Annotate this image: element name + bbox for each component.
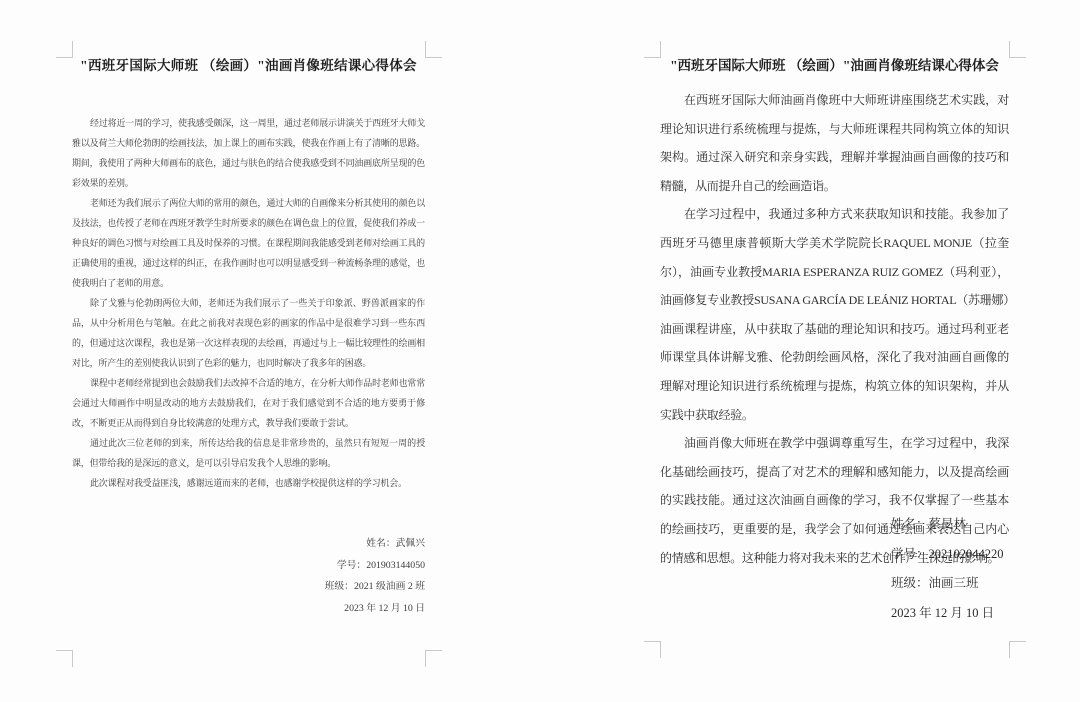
crop-mark-top-right: [1009, 41, 1026, 58]
crop-mark-bottom-right: [425, 650, 442, 667]
signature-student-id: 学号：201903144050: [325, 555, 425, 577]
paragraph: 经过将近一周的学习，使我感受颇深，这一周里，通过老师展示讲演关于西班牙大师戈雅以…: [72, 113, 425, 193]
signature-class: 班级：油画三班: [891, 569, 1004, 599]
paragraph: 此次课程对我受益匪浅，感谢远道而来的老师，也感谢学校提供这样的学习机会。: [72, 473, 425, 493]
paragraph: 通过此次三位老师的到来，所传达给我的信息是非常珍贵的，虽然只有短短一周的授课，但…: [72, 433, 425, 473]
signature-student-id: 学号：202102044220: [891, 540, 1004, 570]
signature-name: 姓名：武佩兴: [325, 533, 425, 555]
paragraph: 老师还为我们展示了两位大师的常用的颜色，通过大师的自画像来分析其使用的颜色以及技…: [72, 193, 425, 293]
page-title: "西班牙国际大师班 （绘画）"油画肖像班结课心得体会: [72, 57, 425, 75]
paragraph: 除了戈雅与伦勃朗两位大师，老师还为我们展示了一些关于印象派、野兽派画家的作品，从…: [72, 293, 425, 373]
document-canvas: "西班牙国际大师班 （绘画）"油画肖像班结课心得体会 经过将近一周的学习，使我感…: [0, 0, 1080, 702]
paragraph: 在西班牙国际大师油画肖像班中大师班讲座围绕艺术实践，对理论知识进行系统梳理与提炼…: [660, 86, 1009, 200]
signature-block: 姓名：武佩兴 学号：201903144050 班级：2021 级油画 2 班 2…: [325, 533, 425, 619]
signature-date: 2023 年 12 月 10 日: [325, 598, 425, 620]
page-title: "西班牙国际大师班 （绘画）"油画肖像班结课心得体会: [660, 57, 1009, 75]
signature-class: 班级：2021 级油画 2 班: [325, 576, 425, 598]
left-page: "西班牙国际大师班 （绘画）"油画肖像班结课心得体会 经过将近一周的学习，使我感…: [72, 57, 425, 650]
signature-name: 姓名：蔡旻林: [891, 510, 1004, 540]
signature-date: 2023 年 12 月 10 日: [891, 599, 1004, 629]
signature-block: 姓名：蔡旻林 学号：202102044220 班级：油画三班 2023 年 12…: [891, 510, 1004, 628]
crop-mark-top-left: [644, 41, 661, 58]
crop-mark-bottom-right: [1009, 641, 1026, 658]
document-body: 经过将近一周的学习，使我感受颇深，这一周里，通过老师展示讲演关于西班牙大师戈雅以…: [72, 113, 425, 493]
document-body: 在西班牙国际大师油画肖像班中大师班讲座围绕艺术实践，对理论知识进行系统梳理与提炼…: [660, 86, 1009, 572]
paragraph: 课程中老师经常提到也会鼓励我们去改掉不合适的地方，在分析大师作品时老师也常常会通…: [72, 373, 425, 433]
crop-mark-bottom-left: [644, 641, 661, 658]
right-page: "西班牙国际大师班 （绘画）"油画肖像班结课心得体会 在西班牙国际大师油画肖像班…: [660, 57, 1009, 641]
crop-mark-top-left: [56, 41, 73, 58]
crop-mark-bottom-left: [56, 650, 73, 667]
paragraph: 在学习过程中，我通过多种方式来获取知识和技能。我参加了西班牙马德里康普顿斯大学美…: [660, 200, 1009, 429]
crop-mark-top-right: [425, 41, 442, 58]
